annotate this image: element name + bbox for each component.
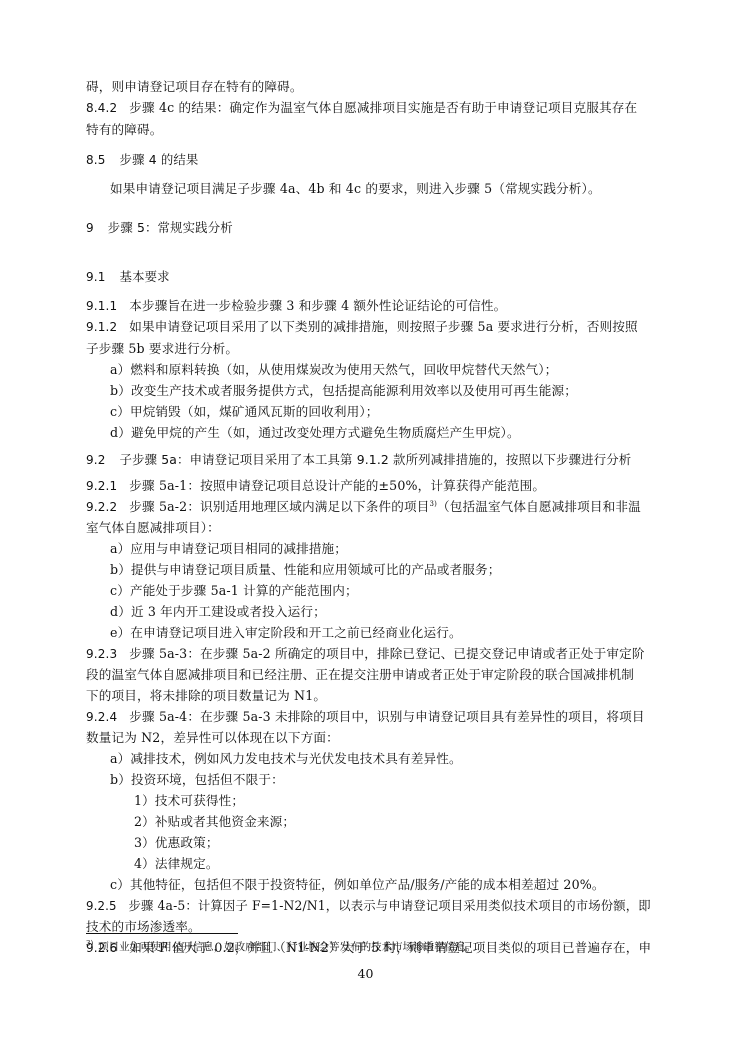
line-text: 步骤 4c 的结果：确定作为温室气体自愿减排项目实施是否有助于申请登记项目克服其… [129,100,637,115]
clause-number: 9.2.1 [86,478,117,494]
page-number: 40 [0,966,731,981]
clause-number: 9.1.2 [86,319,117,335]
text-line: 9.2.3步骤 5a-3：在步骤 5a-2 所确定的项目中，排除已登记、已提交登… [86,646,645,662]
text-line: 特有的障碍。 [86,122,162,138]
clause-number: 9.2.2 [86,499,117,515]
line-text: d）避免甲烷的产生（如，通过改变处理方式避免生物质腐烂产生甲烷）。 [110,425,520,440]
line-text: b）投资环境，包括但不限于： [110,772,284,787]
clause-number: 8.5 [86,152,106,168]
text-line: a）应用与申请登记项目相同的减排措施； [110,541,347,557]
line-text: 碍，则申请登记项目存在特有的障碍。 [86,79,303,94]
line-text: c）甲烷销毁（如，煤矿通风瓦斯的回收利用）； [110,404,379,419]
line-text: 如果申请登记项目采用了以下类别的减排措施，则按照子步骤 5a 要求进行分析，否则… [129,319,637,334]
line-text: 4）法律规定。 [134,856,219,871]
clause-number: 9.2.4 [86,709,117,725]
text-line: 数量记为 N2，差异性可以体现在以下方面： [86,730,339,746]
text-line: 9.1.1本步骤旨在进一步检验步骤 3 和步骤 4 额外性论证结论的可信性。 [86,298,506,314]
text-line: c）其他特征，包括但不限于投资特征，例如单位产品/服务/产能的成本相差超过 20… [110,877,605,893]
text-line: d）避免甲烷的产生（如，通过改变处理方式避免生物质腐烂产生甲烷）。 [110,425,520,441]
section-heading: 9.2子步骤 5a：申请登记项目采用了本工具第 9.1.2 款所列减排措施的，按… [86,452,631,468]
line-text: 步骤 5a-4：在步骤 5a-3 未排除的项目中，识别与申请登记项目具有差异性的… [129,709,644,724]
line-text: 步骤 4a-5：计算因子 F=1-N2/N1，以表示与申请登记项目采用类似技术项… [128,898,650,913]
footnote-ref[interactable]: 3) [429,500,437,508]
line-text: a）燃料和原料转换（如，从使用煤炭改为使用天然气，回收甲烷替代天然气）； [110,362,557,377]
line-text: 2）补贴或者其他资金来源； [134,814,295,829]
line-text: c）其他特征，包括但不限于投资特征，例如单位产品/服务/产能的成本相差超过 20… [110,877,605,892]
line-text: e）在申请登记项目进入审定阶段和开工之前已经商业化运行。 [110,625,462,640]
line-text: 步骤 5a-3：在步骤 5a-2 所确定的项目中，排除已登记、已提交登记申请或者… [129,646,644,661]
text-line: 9.2.1步骤 5a-1：按照申请登记项目总设计产能的±50%，计算获得产能范围… [86,478,545,494]
line-text: 步骤 5a-1：按照申请登记项目总设计产能的±50%，计算获得产能范围。 [129,478,545,493]
text-line: 9.1.2如果申请登记项目采用了以下类别的减排措施，则按照子步骤 5a 要求进行… [86,319,638,335]
document-page: 碍，则申请登记项目存在特有的障碍。8.4.2步骤 4c 的结果：确定作为温室气体… [0,0,731,1037]
line-text: 室气体自愿减排项目）： [86,520,220,535]
text-line: 室气体自愿减排项目）： [86,520,220,536]
footnote-divider [86,933,238,934]
clause-number: 9.1.1 [86,298,117,314]
text-line: 段的温室气体自愿减排项目和已经注册、正在提交注册申请或者正处于审定阶段的联合国减… [86,667,634,683]
clause-number: 9.1 [86,269,106,285]
text-line: 2）补贴或者其他资金来源； [134,814,295,830]
line-text: b）改变生产技术或者服务提供方式，包括提高能源利用效率以及使用可再生能源； [110,383,577,398]
line-text: a）应用与申请登记项目相同的减排措施； [110,541,347,556]
text-line: b）改变生产技术或者服务提供方式，包括提高能源利用效率以及使用可再生能源； [110,383,577,399]
text-line: 9.2.5步骤 4a-5：计算因子 F=1-N2/N1，以表示与申请登记项目采用… [86,898,651,914]
line-text: 下的项目，将未排除的项目数量记为 N1。 [86,688,326,703]
text-line: 8.4.2步骤 4c 的结果：确定作为温室气体自愿减排项目实施是否有助于申请登记… [86,100,637,116]
text-line: c）甲烷销毁（如，煤矿通风瓦斯的回收利用）； [110,404,379,420]
text-line: 9.2.4步骤 5a-4：在步骤 5a-3 未排除的项目中，识别与申请登记项目具… [86,709,645,725]
clause-number: 9.2.5 [86,898,117,914]
text-line: 3）优惠政策； [134,835,219,851]
line-text: 基本要求 [120,269,170,284]
text-line: b）投资环境，包括但不限于： [110,772,284,788]
text-line: 4）法律规定。 [134,856,219,872]
text-line: 如果申请登记项目满足子步骤 4a、4b 和 4c 的要求，则进入步骤 5（常规实… [110,181,601,197]
line-text: 步骤 5a-2：识别适用地理区域内满足以下条件的项目 [129,499,429,514]
line-text: 段的温室气体自愿减排项目和已经注册、正在提交注册申请或者正处于审定阶段的联合国减… [86,667,634,682]
line-text: 子步骤 5b 要求进行分析。 [86,341,238,356]
line-text: 子步骤 5a：申请登记项目采用了本工具第 9.1.2 款所列减排措施的，按照以下… [120,452,632,467]
line-text: 数量记为 N2，差异性可以体现在以下方面： [86,730,339,745]
section-heading: 9.1基本要求 [86,269,170,285]
line-text: 特有的障碍。 [86,122,162,137]
text-line: a）燃料和原料转换（如，从使用煤炭改为使用天然气，回收甲烷替代天然气）； [110,362,557,378]
section-heading: 8.5步骤 4 的结果 [86,152,198,168]
line-text: 如果申请登记项目满足子步骤 4a、4b 和 4c 的要求，则进入步骤 5（常规实… [110,181,601,196]
text-line: a）减排技术，例如风力发电技术与光伏发电技术具有差异性。 [110,751,462,767]
line-text: 本步骤旨在进一步检验步骤 3 和步骤 4 额外性论证结论的可信性。 [129,298,506,313]
footnote-text: 项目业主可使用公开信息，如政府部门、行业协会等发布的技术市场渗透率信息。 [98,941,476,953]
clause-number: 8.4.2 [86,100,117,116]
text-line: 1）技术可获得性； [134,793,244,809]
clause-number: 9.2 [86,452,106,468]
text-line: 9.2.2步骤 5a-2：识别适用地理区域内满足以下条件的项目3)（包括温室气体… [86,499,641,515]
line-text: 步骤 4 的结果 [120,152,199,167]
line-text: 1）技术可获得性； [134,793,244,808]
clause-number: 9 [86,220,94,236]
text-line: d）近 3 年内开工建设或者投入运行； [110,604,326,620]
line-text: a）减排技术，例如风力发电技术与光伏发电技术具有差异性。 [110,751,462,766]
line-text: 步骤 5：常规实践分析 [108,220,233,235]
text-line: 子步骤 5b 要求进行分析。 [86,341,238,357]
line-text-after: （包括温室气体自愿减排项目和非温 [437,499,641,514]
line-text: c）产能处于步骤 5a-1 计算的产能范围内； [110,583,358,598]
line-text: 技术的市场渗透率。 [86,919,201,934]
footnote: 3)项目业主可使用公开信息，如政府部门、行业协会等发布的技术市场渗透率信息。 [86,940,476,954]
text-line: c）产能处于步骤 5a-1 计算的产能范围内； [110,583,358,599]
text-line: 下的项目，将未排除的项目数量记为 N1。 [86,688,326,704]
text-line: b）提供与申请登记项目质量、性能和应用领域可比的产品或者服务； [110,562,501,578]
line-text: d）近 3 年内开工建设或者投入运行； [110,604,326,619]
line-text: 3）优惠政策； [134,835,219,850]
text-line: 碍，则申请登记项目存在特有的障碍。 [86,79,303,95]
section-heading: 9步骤 5：常规实践分析 [86,220,233,236]
footnote-marker: 3) [86,940,93,948]
text-line: e）在申请登记项目进入审定阶段和开工之前已经商业化运行。 [110,625,462,641]
line-text: b）提供与申请登记项目质量、性能和应用领域可比的产品或者服务； [110,562,501,577]
clause-number: 9.2.3 [86,646,117,662]
